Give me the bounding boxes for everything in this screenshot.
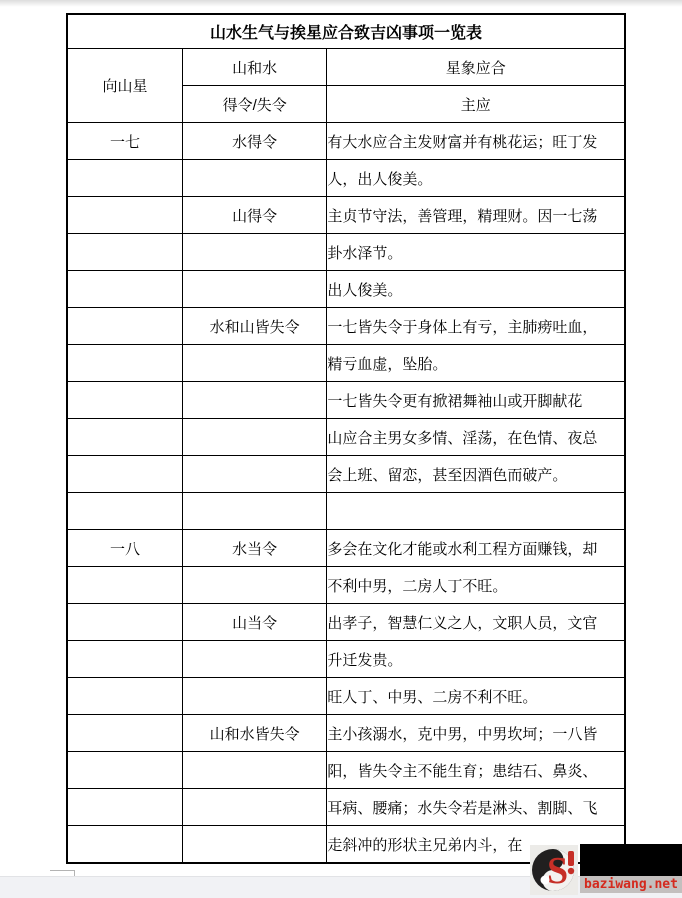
table-row: 卦水泽节。 [67, 234, 625, 271]
header-mountain-water: 山和水 [182, 49, 327, 86]
table-row: 一七 水得令 有大水应合主发财富并有桃花运；旺丁发 [67, 123, 625, 160]
cell-type: 水和山皆失令 [182, 308, 327, 345]
cell-desc: 耳病、腰痛；水失令若是淋头、割脚、飞 [327, 789, 625, 826]
cell-desc: 出人俊美。 [327, 271, 625, 308]
table-row: 升迁发贵。 [67, 641, 625, 678]
header-star-correspondence: 星象应合 [327, 49, 625, 86]
cell-type [182, 456, 327, 493]
table-row: 一八 水当令 多会在文化才能或水利工程方面赚钱，却 [67, 530, 625, 567]
cell-star [67, 826, 182, 864]
cell-desc: 升迁发贵。 [327, 641, 625, 678]
cell-desc: 精亏血虚，坠胎。 [327, 345, 625, 382]
cell-type: 山得令 [182, 197, 327, 234]
table-row: 山应合主男女多情、淫荡，在色情、夜总 [67, 419, 625, 456]
table-row: 山和水皆失令 主小孩溺水，克中男，中男坎坷；一八皆 [67, 715, 625, 752]
title-row: 山水生气与挨星应合致吉凶事项一览表 [67, 14, 625, 49]
table-row: 阳，皆失令主不能生育；患结石、鼻炎、 [67, 752, 625, 789]
cell-type [182, 789, 327, 826]
cell-desc: 卦水泽节。 [327, 234, 625, 271]
cell-desc: 会上班、留恋，甚至因酒色而破产。 [327, 456, 625, 493]
yinyang-logo-icon: S [530, 845, 578, 895]
cell-type [182, 382, 327, 419]
header-facing-star: 向山星 [67, 49, 182, 123]
cell-type [182, 567, 327, 604]
cell-type: 水当令 [182, 530, 327, 567]
cell-star [67, 493, 182, 530]
table-row: 旺人丁、中男、二房不利不旺。 [67, 678, 625, 715]
table-row: 不利中男，二房人丁不旺。 [67, 567, 625, 604]
table-row [67, 493, 625, 530]
cell-star: 一七 [67, 123, 182, 160]
header-row-1: 向山星 山和水 星象应合 [67, 49, 625, 86]
cell-star [67, 678, 182, 715]
cell-star [67, 789, 182, 826]
cell-star [67, 197, 182, 234]
cell-desc: 阳，皆失令主不能生育；患结石、鼻炎、 [327, 752, 625, 789]
table-row: 精亏血虚，坠胎。 [67, 345, 625, 382]
header-in-out-season: 得令/失令 [182, 86, 327, 123]
cell-type: 水得令 [182, 123, 327, 160]
document-page: 山水生气与挨星应合致吉凶事项一览表 向山星 山和水 星象应合 得令/失令 主应 … [0, 0, 682, 898]
cell-star [67, 382, 182, 419]
cell-desc: 主小孩溺水，克中男，中男坎坷；一八皆 [327, 715, 625, 752]
watermark-black-box [580, 844, 682, 876]
cell-star [67, 419, 182, 456]
cell-star [67, 715, 182, 752]
cell-desc: 多会在文化才能或水利工程方面赚钱，却 [327, 530, 625, 567]
cell-desc: 出孝子，智慧仁义之人，文职人员，文官 [327, 604, 625, 641]
cell-star [67, 604, 182, 641]
table-row: 会上班、留恋，甚至因酒色而破产。 [67, 456, 625, 493]
fengshui-table: 山水生气与挨星应合致吉凶事项一览表 向山星 山和水 星象应合 得令/失令 主应 … [66, 13, 626, 864]
cell-desc: 主贞节守法，善管理，精理财。因一七荡 [327, 197, 625, 234]
cell-star [67, 271, 182, 308]
cell-star [67, 308, 182, 345]
cell-desc: 有大水应合主发财富并有桃花运；旺丁发 [327, 123, 625, 160]
table-row: 水和山皆失令 一七皆失令于身体上有亏，主肺痨吐血， [67, 308, 625, 345]
page-top-shadow [0, 0, 682, 7]
cell-star [67, 641, 182, 678]
cell-type: 山当令 [182, 604, 327, 641]
header-main-response: 主应 [327, 86, 625, 123]
cell-desc: 人，出人俊美。 [327, 160, 625, 197]
cell-desc: 山应合主男女多情、淫荡，在色情、夜总 [327, 419, 625, 456]
table-row: 人，出人俊美。 [67, 160, 625, 197]
cell-desc [327, 493, 625, 530]
cell-type [182, 826, 327, 864]
cell-star [67, 345, 182, 382]
cell-type [182, 678, 327, 715]
cell-type [182, 752, 327, 789]
table-row: 一七皆失令更有掀裙舞袖山或开脚献花 [67, 382, 625, 419]
cell-star: 一八 [67, 530, 182, 567]
cell-type: 山和水皆失令 [182, 715, 327, 752]
table-title: 山水生气与挨星应合致吉凶事项一览表 [67, 14, 625, 49]
cell-desc: 不利中男，二房人丁不旺。 [327, 567, 625, 604]
cell-type [182, 493, 327, 530]
cell-type [182, 271, 327, 308]
table-row: 山当令 出孝子，智慧仁义之人，文职人员，文官 [67, 604, 625, 641]
table-row: 山得令 主贞节守法，善管理，精理财。因一七荡 [67, 197, 625, 234]
cell-type [182, 345, 327, 382]
cell-type [182, 641, 327, 678]
cell-desc: 一七皆失令更有掀裙舞袖山或开脚献花 [327, 382, 625, 419]
cell-star [67, 456, 182, 493]
cell-desc: 一七皆失令于身体上有亏，主肺痨吐血， [327, 308, 625, 345]
cell-type [182, 419, 327, 456]
cell-type [182, 160, 327, 197]
cell-star [67, 160, 182, 197]
cell-star [67, 567, 182, 604]
watermark-site-text: baziwang.net [580, 876, 682, 893]
table-row: 出人俊美。 [67, 271, 625, 308]
svg-text:S: S [547, 850, 568, 892]
table-row: 耳病、腰痛；水失令若是淋头、割脚、飞 [67, 789, 625, 826]
cell-star [67, 752, 182, 789]
cell-type [182, 234, 327, 271]
cell-star [67, 234, 182, 271]
cell-desc: 旺人丁、中男、二房不利不旺。 [327, 678, 625, 715]
